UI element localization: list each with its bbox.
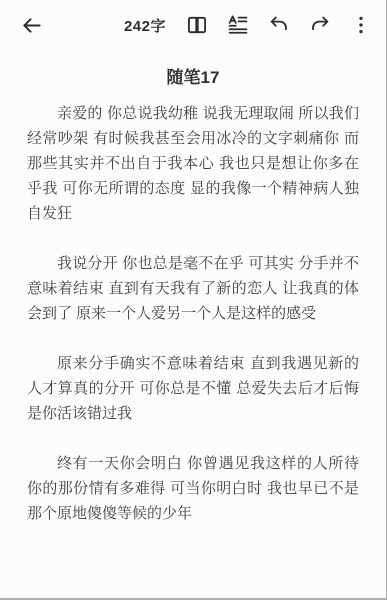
note-editor-area[interactable]: 随笔17 亲爱的 你总说我幼稚 说我无理取闹 所以我们经常吵架 有时候我甚至会用… [0, 50, 386, 526]
note-editor-screen: 242字 [0, 0, 387, 600]
text-format-button[interactable] [226, 13, 250, 37]
back-arrow-icon [20, 14, 43, 37]
more-menu-button[interactable] [349, 13, 373, 37]
open-book-icon [186, 14, 208, 36]
text-style-icon [227, 14, 249, 36]
back-button[interactable] [19, 13, 43, 37]
toolbar-actions: 242字 [124, 13, 373, 37]
reader-mode-button[interactable] [185, 13, 209, 37]
word-count-badge: 242字 [124, 15, 166, 36]
redo-button[interactable] [308, 13, 332, 37]
toolbar: 242字 [0, 0, 386, 50]
note-title[interactable]: 随笔17 [27, 63, 359, 88]
note-paragraph-1[interactable]: 亲爱的 你总说我幼稚 说我无理取闹 所以我们经常吵架 有时候我甚至会用冰冷的文字… [27, 101, 359, 226]
note-paragraph-2[interactable]: 我说分开 你也总是毫不在乎 可其实 分手并不意味着结束 直到有天我有了新的恋人 … [27, 251, 359, 326]
note-paragraph-4[interactable]: 终有一天你会明白 你曾遇见我这样的人所待你的那份情有多难得 可当你明白时 我也早… [27, 451, 359, 526]
vertical-dots-icon [350, 14, 372, 36]
note-paragraph-3[interactable]: 原来分手确实不意味着结束 直到我遇见新的人才算真的分开 可你总是不懂 总爱失去后… [27, 351, 359, 426]
undo-button[interactable] [267, 13, 291, 37]
redo-icon [309, 14, 331, 36]
undo-icon [268, 14, 290, 36]
